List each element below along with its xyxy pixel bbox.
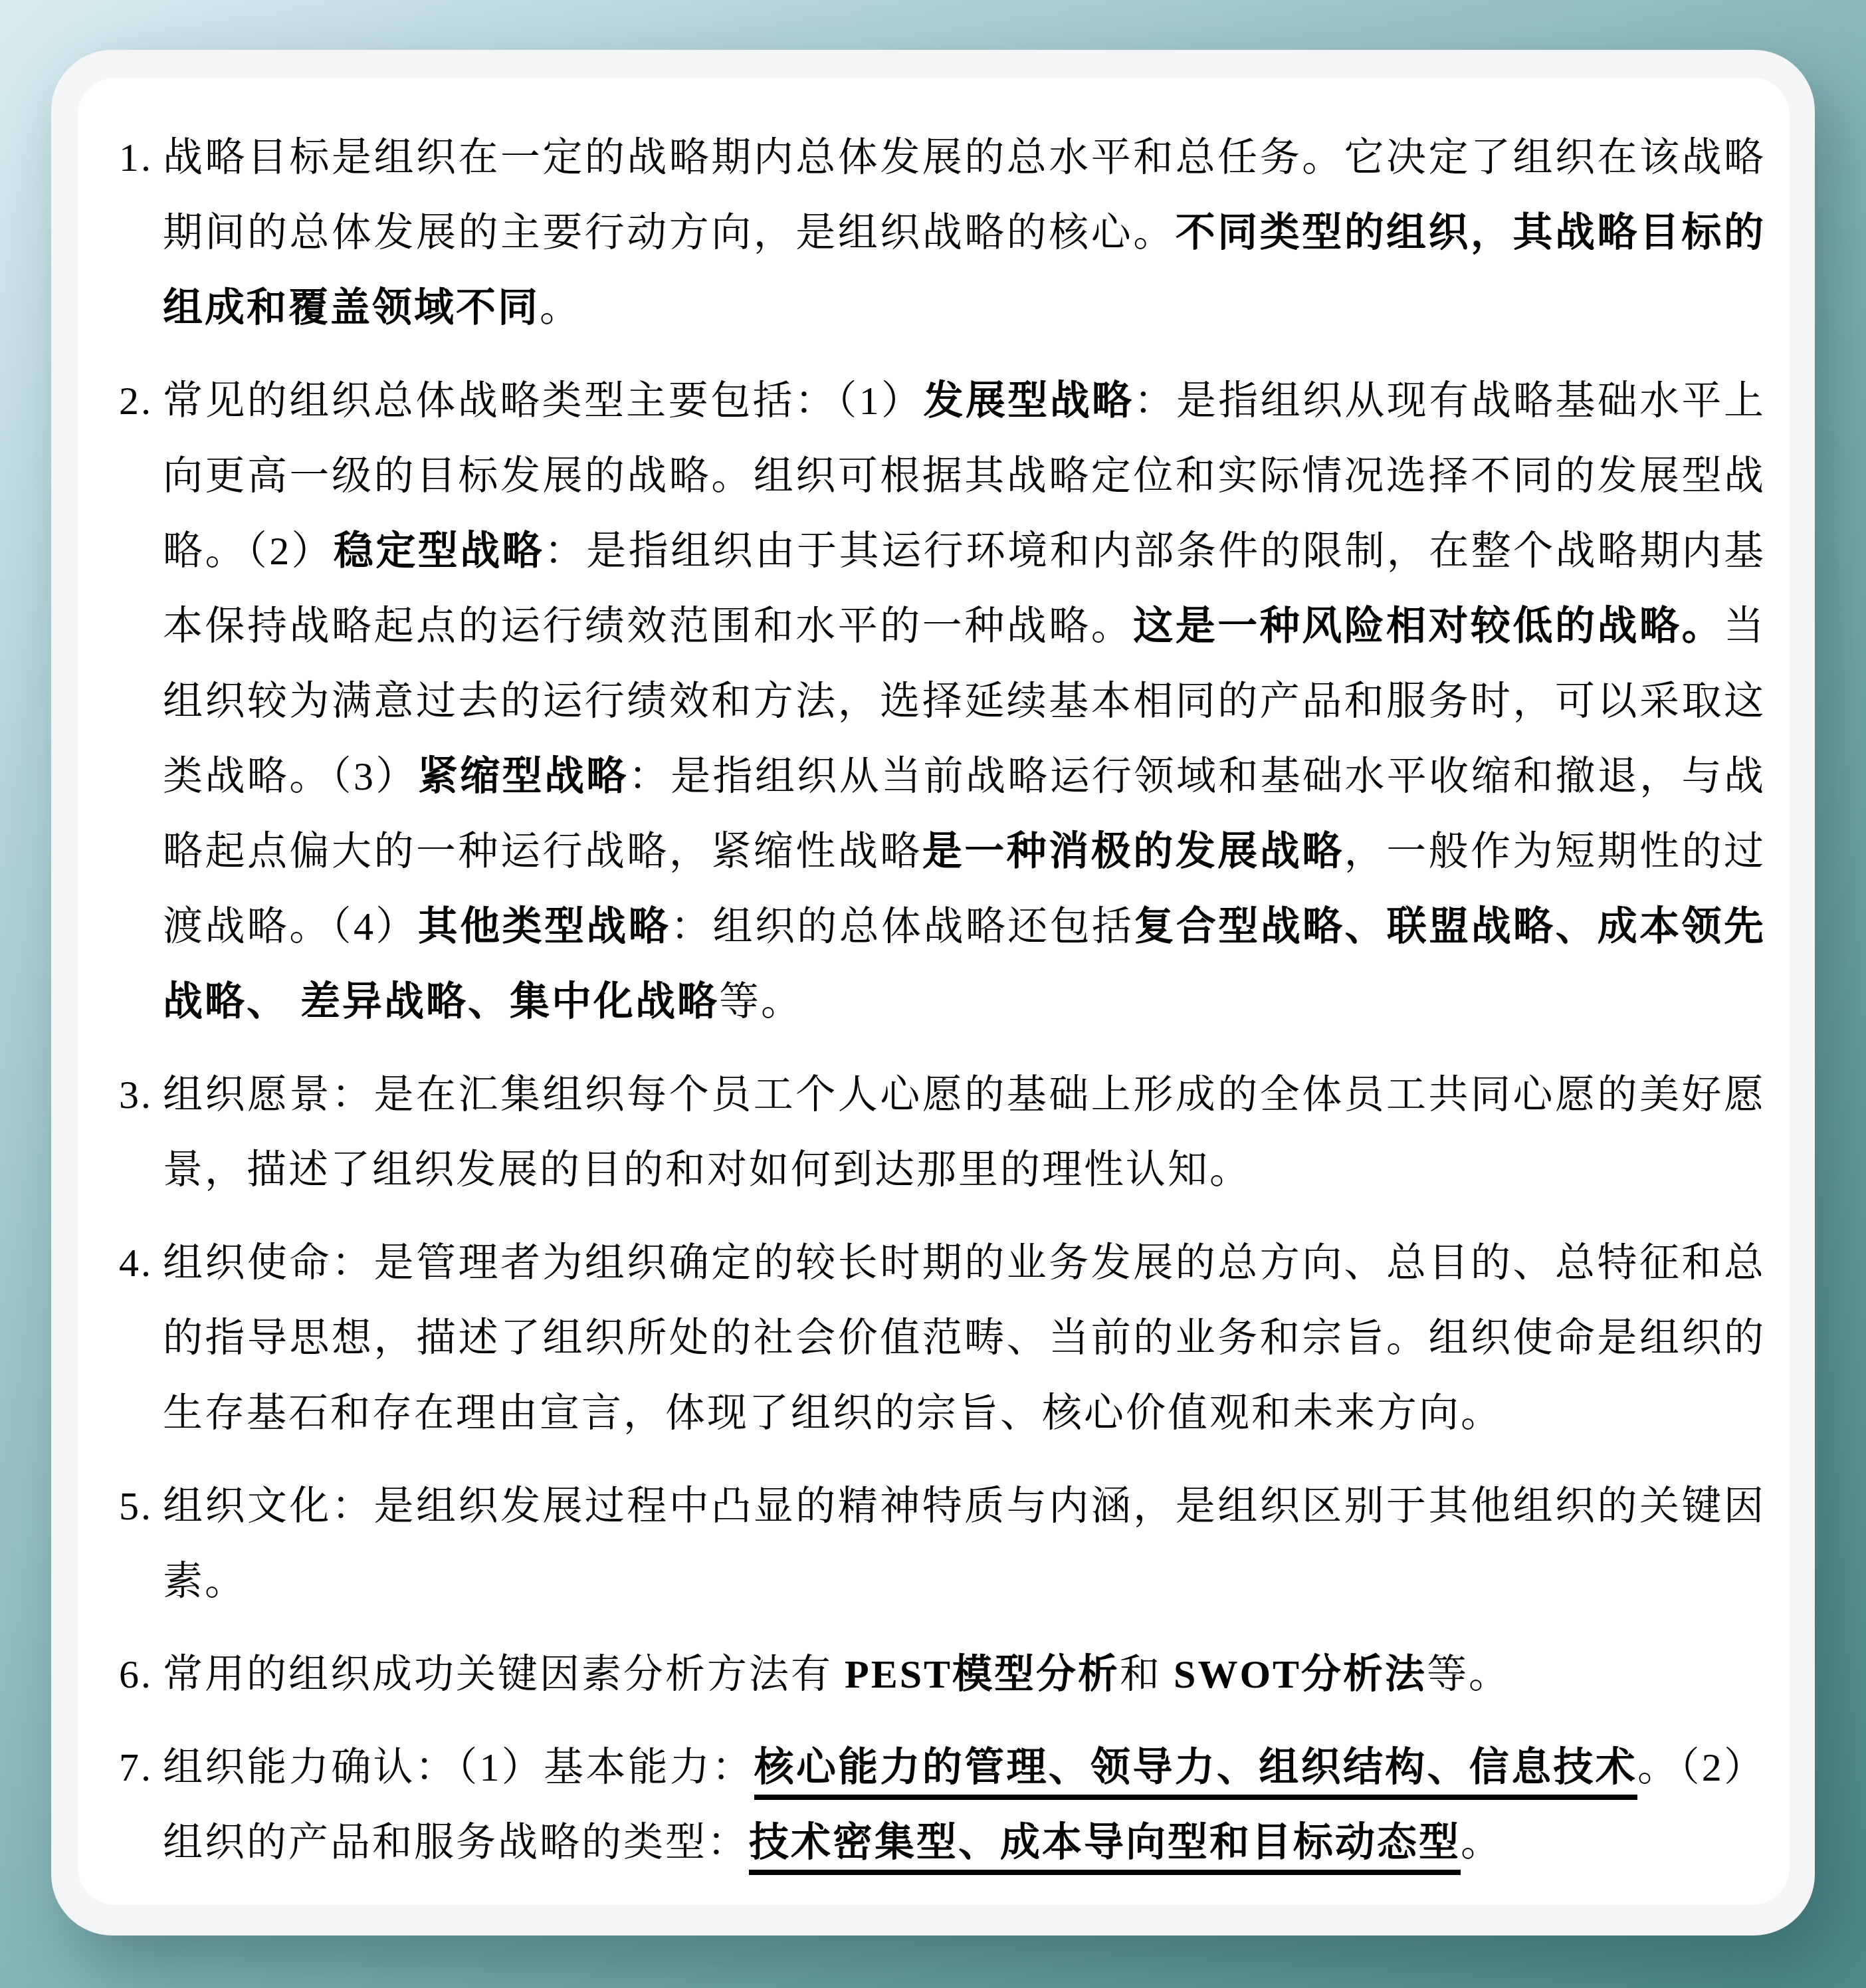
item-number: 3.: [119, 1057, 153, 1133]
item-number: 6.: [119, 1637, 153, 1712]
bold-segment: PEST模型分析: [845, 1652, 1120, 1696]
item-number: 7.: [119, 1730, 153, 1805]
list-item-7: 7.组织能力确认：（1）基本能力：核心能力的管理、领导力、组织结构、信息技术。（…: [163, 1730, 1766, 1880]
list-item-5: 5.组织文化：是组织发展过程中凸显的精神特质与内涵，是组织区别于其他组织的关键因…: [163, 1469, 1766, 1619]
text-segment: 和: [1120, 1652, 1174, 1696]
bold-segment: 紧缩型战略: [418, 754, 629, 798]
list-item-2: 2.常见的组织总体战略类型主要包括：（1）发展型战略：是指组织从现有战略基础水平…: [163, 364, 1766, 1040]
bold-segment: 其他类型战略: [418, 905, 671, 948]
list-item-3: 3.组织愿景：是在汇集组织每个员工个人心愿的基础上形成的全体员工共同心愿的美好愿…: [163, 1057, 1766, 1208]
bold-segment: SWOT分析法: [1174, 1652, 1427, 1696]
bold-segment: 是一种消极的发展战略: [922, 829, 1344, 873]
item-number: 4.: [119, 1226, 153, 1301]
notes-page: 1.战略目标是组织在一定的战略期内总体发展的总水平和总任务。它决定了组织在该战略…: [78, 78, 1790, 1905]
text-segment: 组织文化：是组织发展过程中凸显的精神特质与内涵，是组织区别于其他组织的关键因素。: [163, 1484, 1766, 1603]
text-segment: 。: [1461, 1821, 1503, 1864]
underlined-bold-segment: 技术密集型、成本导向型和目标动态型: [749, 1821, 1461, 1875]
text-segment: 组织愿景：是在汇集组织每个员工个人心愿的基础上形成的全体员工共同心愿的美好愿景，…: [163, 1073, 1766, 1192]
item-number: 1.: [119, 120, 153, 195]
notes-list: 1.战略目标是组织在一定的战略期内总体发展的总水平和总任务。它决定了组织在该战略…: [78, 78, 1790, 1905]
text-segment: 组织使命：是管理者为组织确定的较长时期的业务发展的总方向、总目的、总特征和总的指…: [163, 1241, 1766, 1435]
underlined-bold-segment: 核心能力的管理、领导力、组织结构、信息技术: [754, 1745, 1637, 1800]
list-item-6: 6.常用的组织成功关键因素分析方法有 PEST模型分析和 SWOT分析法等。: [163, 1637, 1766, 1712]
item-number: 5.: [119, 1469, 153, 1544]
bold-segment: 发展型战略: [924, 379, 1134, 423]
text-segment: 常用的组织成功关键因素分析方法有: [163, 1652, 845, 1696]
notes-card: 1.战略目标是组织在一定的战略期内总体发展的总水平和总任务。它决定了组织在该战略…: [51, 50, 1815, 1935]
text-segment: 等。: [1427, 1652, 1510, 1696]
text-segment: 常见的组织总体战略类型主要包括：（1）: [163, 379, 924, 423]
item-number: 2.: [119, 364, 153, 439]
text-segment: 组织能力确认：（1）基本能力：: [163, 1745, 754, 1789]
list-item-4: 4.组织使命：是管理者为组织确定的较长时期的业务发展的总方向、总目的、总特征和总…: [163, 1226, 1766, 1451]
text-segment: 。: [540, 286, 581, 330]
text-segment: 等。: [719, 980, 803, 1024]
list-item-1: 1.战略目标是组织在一定的战略期内总体发展的总水平和总任务。它决定了组织在该战略…: [163, 120, 1766, 346]
text-segment: ：组织的总体战略还包括: [671, 905, 1134, 948]
bold-segment: 稳定型战略: [334, 529, 544, 573]
bold-segment: 这是一种风险相对较低的战略。: [1133, 604, 1724, 648]
